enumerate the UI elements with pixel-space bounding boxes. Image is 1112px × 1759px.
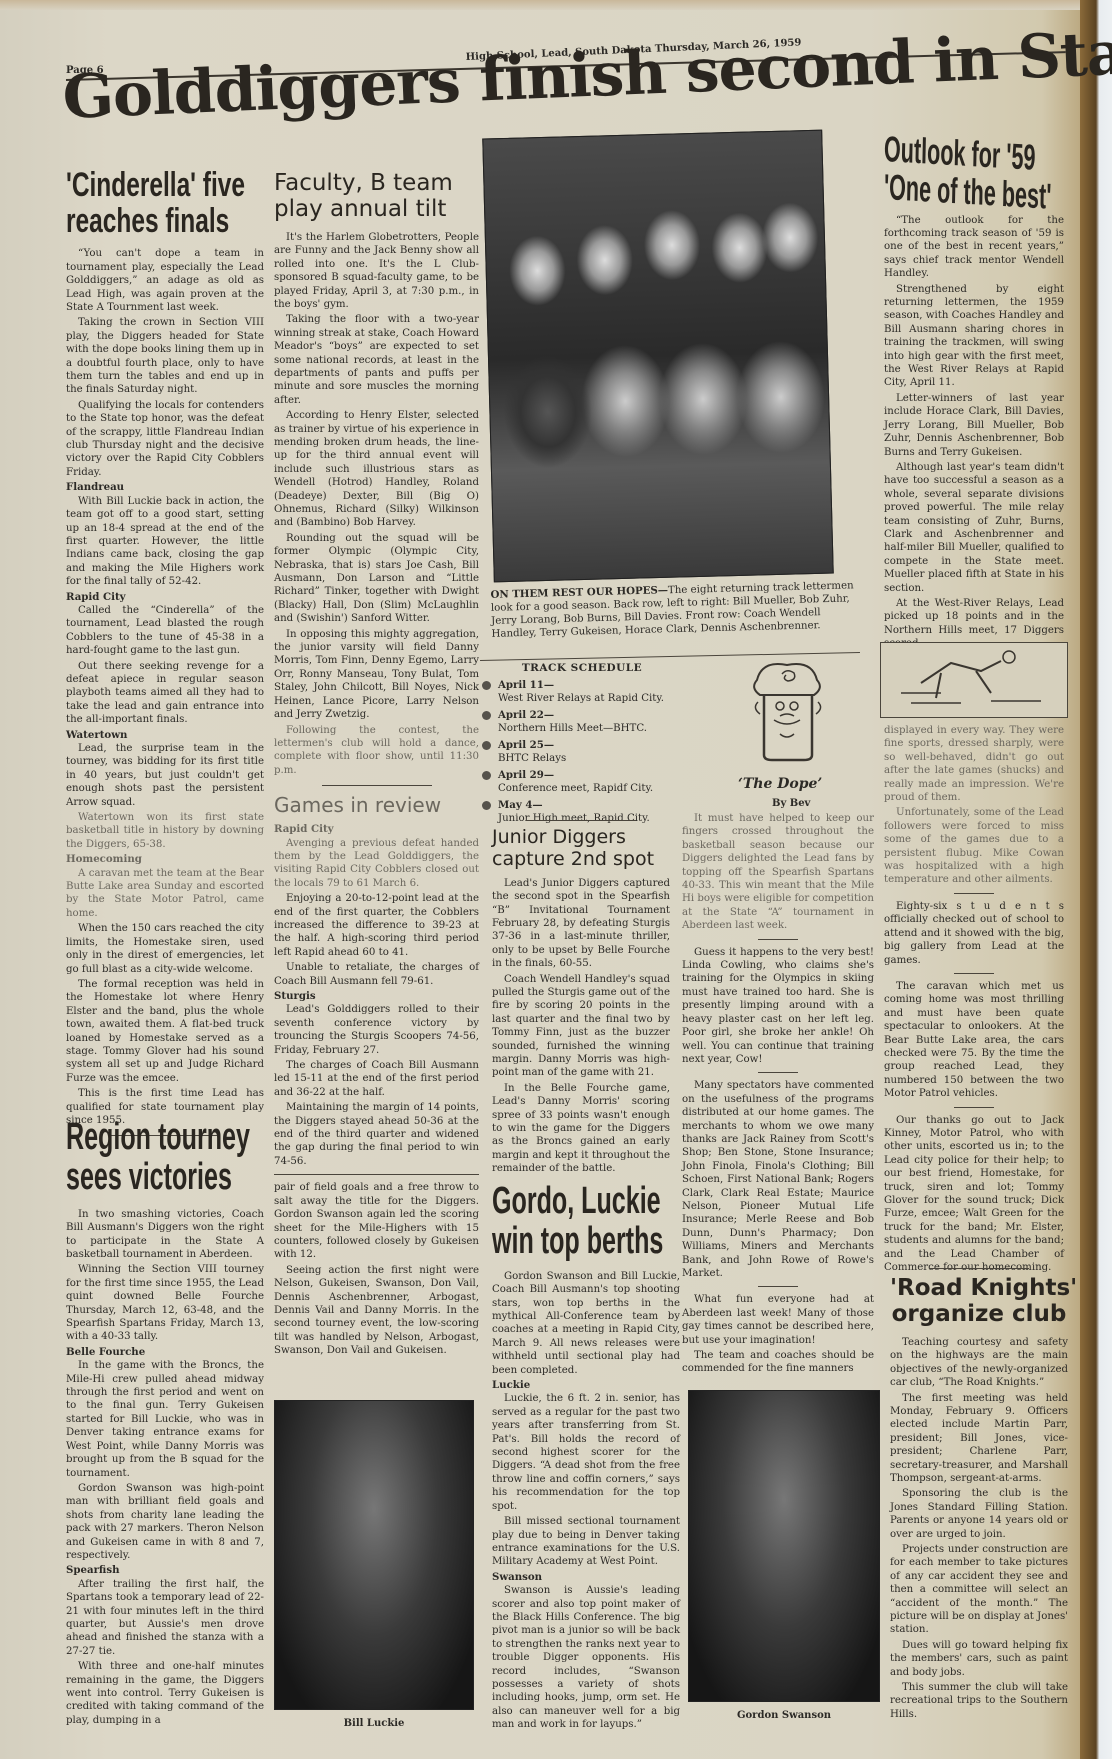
photo-gordon-swanson: [688, 1390, 880, 1702]
paragraph: Gordon Swanson was high-point man with b…: [66, 1482, 264, 1562]
paragraph: Many spectators have commented on the us…: [682, 1079, 874, 1280]
paragraph: It must have helped to keep our fingers …: [682, 812, 874, 933]
paragraph: Taking the crown in Section VIII play, t…: [66, 316, 264, 396]
divider: [758, 1286, 798, 1287]
paragraph: Teaching courtesy and safety on the high…: [890, 1336, 1068, 1390]
subhead: Sturgis: [274, 990, 479, 1003]
paragraph: The team and coaches should be commended…: [682, 1349, 874, 1376]
paragraph: In two smashing victories, Coach Bill Au…: [66, 1208, 264, 1262]
paragraph: Letter-winners of last year include Hora…: [884, 392, 1064, 459]
headline: Region tourney: [66, 1118, 197, 1158]
paragraph: A caravan met the team at the Bear Butte…: [66, 867, 264, 921]
paragraph: The caravan which met us coming home was…: [884, 980, 1064, 1101]
paragraph: pair of field goals and a free throw to …: [274, 1181, 479, 1261]
paragraph: Luckie, the 6 ft. 2 in. senior, has serv…: [492, 1392, 680, 1513]
photo-caption: Gordon Swanson: [688, 1710, 880, 1721]
divider: [322, 785, 432, 786]
paragraph: Sponsoring the club is the Jones Standar…: [890, 1487, 1068, 1541]
paragraph: Enjoying a 20-to-12-point lead at the en…: [274, 892, 479, 959]
team-photo-caption: ON THEM REST OUR HOPES—The eight returni…: [490, 579, 861, 641]
article-cinderella: 'Cinderella' five reaches finals “You ca…: [66, 168, 264, 1144]
bullet-icon: [482, 771, 491, 780]
bullet-icon: [482, 711, 491, 720]
paragraph: Swanson is Aussie's leading scorer and a…: [492, 1584, 680, 1731]
headline: sees victories: [66, 1158, 197, 1198]
paragraph: Although last year's team didn't have to…: [884, 461, 1064, 595]
paragraph: In opposing this mighty aggregation, the…: [274, 628, 479, 722]
paragraph: Unable to retaliate, the charges of Coac…: [274, 961, 479, 988]
paragraph: In the Belle Fourche game, Lead's Danny …: [492, 1082, 670, 1176]
divider: [758, 939, 798, 940]
paragraph: Eighty-six s t u d e n t s officially ch…: [884, 900, 1064, 967]
column-the-dope: It must have helped to keep our fingers …: [682, 812, 874, 1378]
paragraph: According to Henry Elster, selected as t…: [274, 409, 479, 530]
paragraph: When the 150 cars reached the city limit…: [66, 922, 264, 976]
subhead: Rapid City: [274, 823, 479, 836]
bullet-icon: [482, 681, 491, 690]
headline: 'Cinderella' five: [66, 168, 209, 204]
paragraph: Following the contest, the lettermen's c…: [274, 724, 479, 778]
paragraph: With three and one-half minutes remainin…: [66, 1660, 264, 1727]
track-schedule: TRACK SCHEDULE April 11— West River Rela…: [482, 662, 682, 829]
hurdler-sketch: [880, 642, 1068, 718]
binding-edge: [1080, 0, 1112, 1759]
paragraph: Out there seeking revenge for a defeat a…: [66, 660, 264, 727]
paragraph: Coach Wendell Handley's squad pulled the…: [492, 973, 670, 1080]
paragraph: Bill missed sectional tournament play du…: [492, 1515, 680, 1569]
headline: Faculty, B team: [274, 170, 479, 196]
paragraph: The formal reception was held in the Hom…: [66, 978, 264, 1085]
photo-caption: Bill Luckie: [274, 1718, 474, 1729]
photo-bill-luckie: [274, 1400, 474, 1710]
paragraph: In the game with the Broncs, the Mile-Hi…: [66, 1359, 264, 1480]
bullet-icon: [482, 801, 491, 810]
subhead: Watertown: [66, 729, 264, 742]
photo-track-team: [482, 130, 834, 583]
paragraph: displayed in every way. They were fine s…: [884, 724, 1064, 804]
headline: Junior Diggers: [492, 827, 670, 849]
article-region-tourney: Region tourney sees victories In two sma…: [66, 1118, 264, 1729]
column-title: ‘The Dope’: [738, 776, 822, 792]
divider: [954, 1107, 994, 1108]
paragraph: Maintaining the margin of 14 points, the…: [274, 1101, 479, 1168]
paragraph: With Bill Luckie back in action, the tea…: [66, 495, 264, 589]
headline: Gordo, Luckie: [492, 1182, 616, 1222]
column-the-dope-continued: displayed in every way. They were fine s…: [884, 724, 1064, 1276]
paragraph: “The outlook for the forthcoming track s…: [884, 214, 1064, 281]
hurdler-drawing-icon: [881, 643, 1067, 717]
headline: play annual tilt: [274, 196, 479, 222]
divider: [929, 1268, 1029, 1269]
subhead: Rapid City: [66, 591, 264, 604]
paragraph: This summer the club will take recreatio…: [890, 1681, 1068, 1721]
article-road-knights: 'Road Knights' organize club Teaching co…: [890, 1268, 1068, 1723]
paragraph: What fun everyone had at Aberdeen last w…: [682, 1293, 874, 1347]
paragraph: The charges of Coach Bill Ausmann led 15…: [274, 1059, 479, 1099]
bullet-icon: [482, 741, 491, 750]
paragraph: Guess it happens to the very best! Linda…: [682, 946, 874, 1067]
subhead: Belle Fourche: [66, 1346, 264, 1359]
paragraph: Taking the floor with a two-year winning…: [274, 313, 479, 407]
headline: win top berths: [492, 1222, 616, 1262]
article-junior-diggers: Junior Diggers capture 2nd spot Lead's J…: [492, 820, 670, 1178]
headline: 'Road Knights': [890, 1275, 1068, 1301]
subhead: Luckie: [492, 1379, 680, 1392]
schedule-item: April 22— Northern Hills Meet—BHTC.: [482, 709, 682, 735]
paragraph: Our thanks go out to Jack Kinney, Motor …: [884, 1114, 1064, 1275]
headline: reaches finals: [66, 204, 209, 240]
page-top-edge: [0, 0, 1085, 10]
headline: capture 2nd spot: [492, 849, 670, 871]
article-gordo-luckie: Gordo, Luckie win top berths Gordon Swan…: [492, 1182, 680, 1734]
schedule-item: April 11— West River Relays at Rapid Cit…: [482, 679, 682, 705]
article-outlook: Outlook for '59 'One of the best' “The o…: [884, 130, 1064, 653]
paragraph: Avenging a previous defeat handed them b…: [274, 837, 479, 891]
paragraph: Projects under construction are for each…: [890, 1543, 1068, 1637]
paragraph: Winning the Section VIII tourney for the…: [66, 1263, 264, 1343]
paragraph: Lead's Junior Diggers captured the secon…: [492, 877, 670, 971]
paragraph: After trailing the first half, the Spart…: [66, 1578, 264, 1658]
paragraph: Watertown won its first state basketball…: [66, 811, 264, 851]
divider: [526, 820, 636, 821]
headline: 'One of the best': [884, 168, 993, 212]
paragraph: Strengthened by eight returning letterme…: [884, 283, 1064, 390]
paragraph: Dues will go toward helping fix the memb…: [890, 1639, 1068, 1679]
paragraph: Lead's Golddiggers rolled to their seven…: [274, 1003, 479, 1057]
schedule-item: April 29— Conference meet, Rapidf City.: [482, 769, 682, 795]
paragraph: Gordon Swanson and Bill Luckie, Coach Bi…: [492, 1270, 680, 1377]
paragraph: Seeing action the first night were Nelso…: [274, 1264, 479, 1358]
paragraph: It's the Harlem Globetrotters, People ar…: [274, 231, 479, 311]
paragraph: The first meeting was held Monday, Febru…: [890, 1392, 1068, 1486]
schedule-item: April 25— BHTC Relays: [482, 739, 682, 765]
paragraph: Qualifying the locals for contenders to …: [66, 399, 264, 479]
subhead: Flandreau: [66, 481, 264, 494]
paragraph: “You can't dope a team in tournament pla…: [66, 247, 264, 314]
paragraph: Called the “Cinderella” of the tournamen…: [66, 604, 264, 658]
headline: Games in review: [274, 794, 479, 817]
subhead: Spearfish: [66, 1564, 264, 1577]
divider: [954, 893, 994, 894]
paragraph: Unfortunately, some of the Lead follower…: [884, 806, 1064, 886]
divider: [758, 1072, 798, 1073]
article-faculty-game: Faculty, B team play annual tilt It's th…: [274, 170, 479, 1360]
paragraph: Rounding out the squad will be former Ol…: [274, 532, 479, 626]
paragraph: Lead, the surprise team in the tourney, …: [66, 742, 264, 809]
subhead: Homecoming: [66, 853, 264, 866]
dope-mascot-cartoon-icon: [742, 660, 832, 770]
byline: By Bev: [772, 798, 810, 809]
divider: [274, 1174, 479, 1175]
subhead: Swanson: [492, 1571, 680, 1584]
headline: organize club: [890, 1301, 1068, 1327]
schedule-title: TRACK SCHEDULE: [482, 662, 682, 675]
divider: [954, 973, 994, 974]
